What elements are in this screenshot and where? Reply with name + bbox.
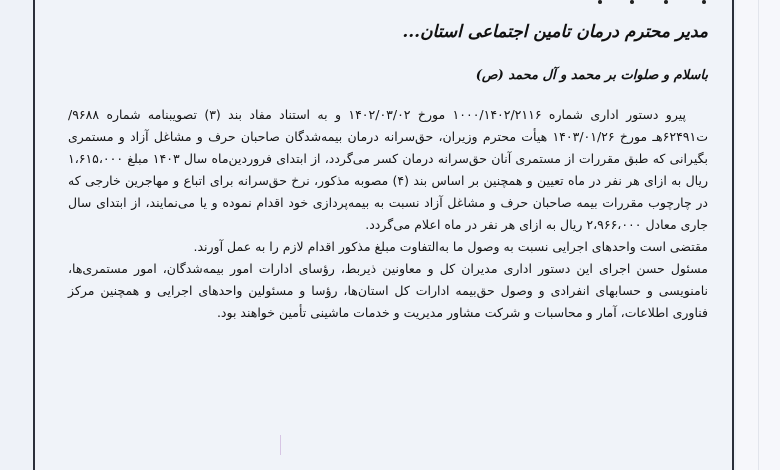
scan-margin-line: [758, 0, 759, 470]
greeting-line: باسلام و صلوات بر محمد و آل محمد (ص): [476, 68, 708, 83]
cropped-header-text: [534, 0, 714, 8]
paragraph-collection: مقتضی است واحدهای اجرایی نسبت به وصول ما…: [68, 236, 708, 258]
addressee-line: مدیر محترم درمان تامین اجتماعی استان...: [402, 22, 708, 42]
scan-artifact: [280, 435, 281, 455]
letter-page: مدیر محترم درمان تامین اجتماعی استان... …: [33, 0, 734, 470]
paragraph-responsibility: مسئول حسن اجرای این دستور اداری مدیران ک…: [68, 258, 708, 324]
letter-body: پیرو دستور اداری شماره ۱۰۰۰/۱۴۰۲/۲۱۱۶ مو…: [68, 104, 708, 324]
paragraph-directive: پیرو دستور اداری شماره ۱۰۰۰/۱۴۰۲/۲۱۱۶ مو…: [68, 104, 708, 236]
scan-margin: [736, 0, 780, 470]
